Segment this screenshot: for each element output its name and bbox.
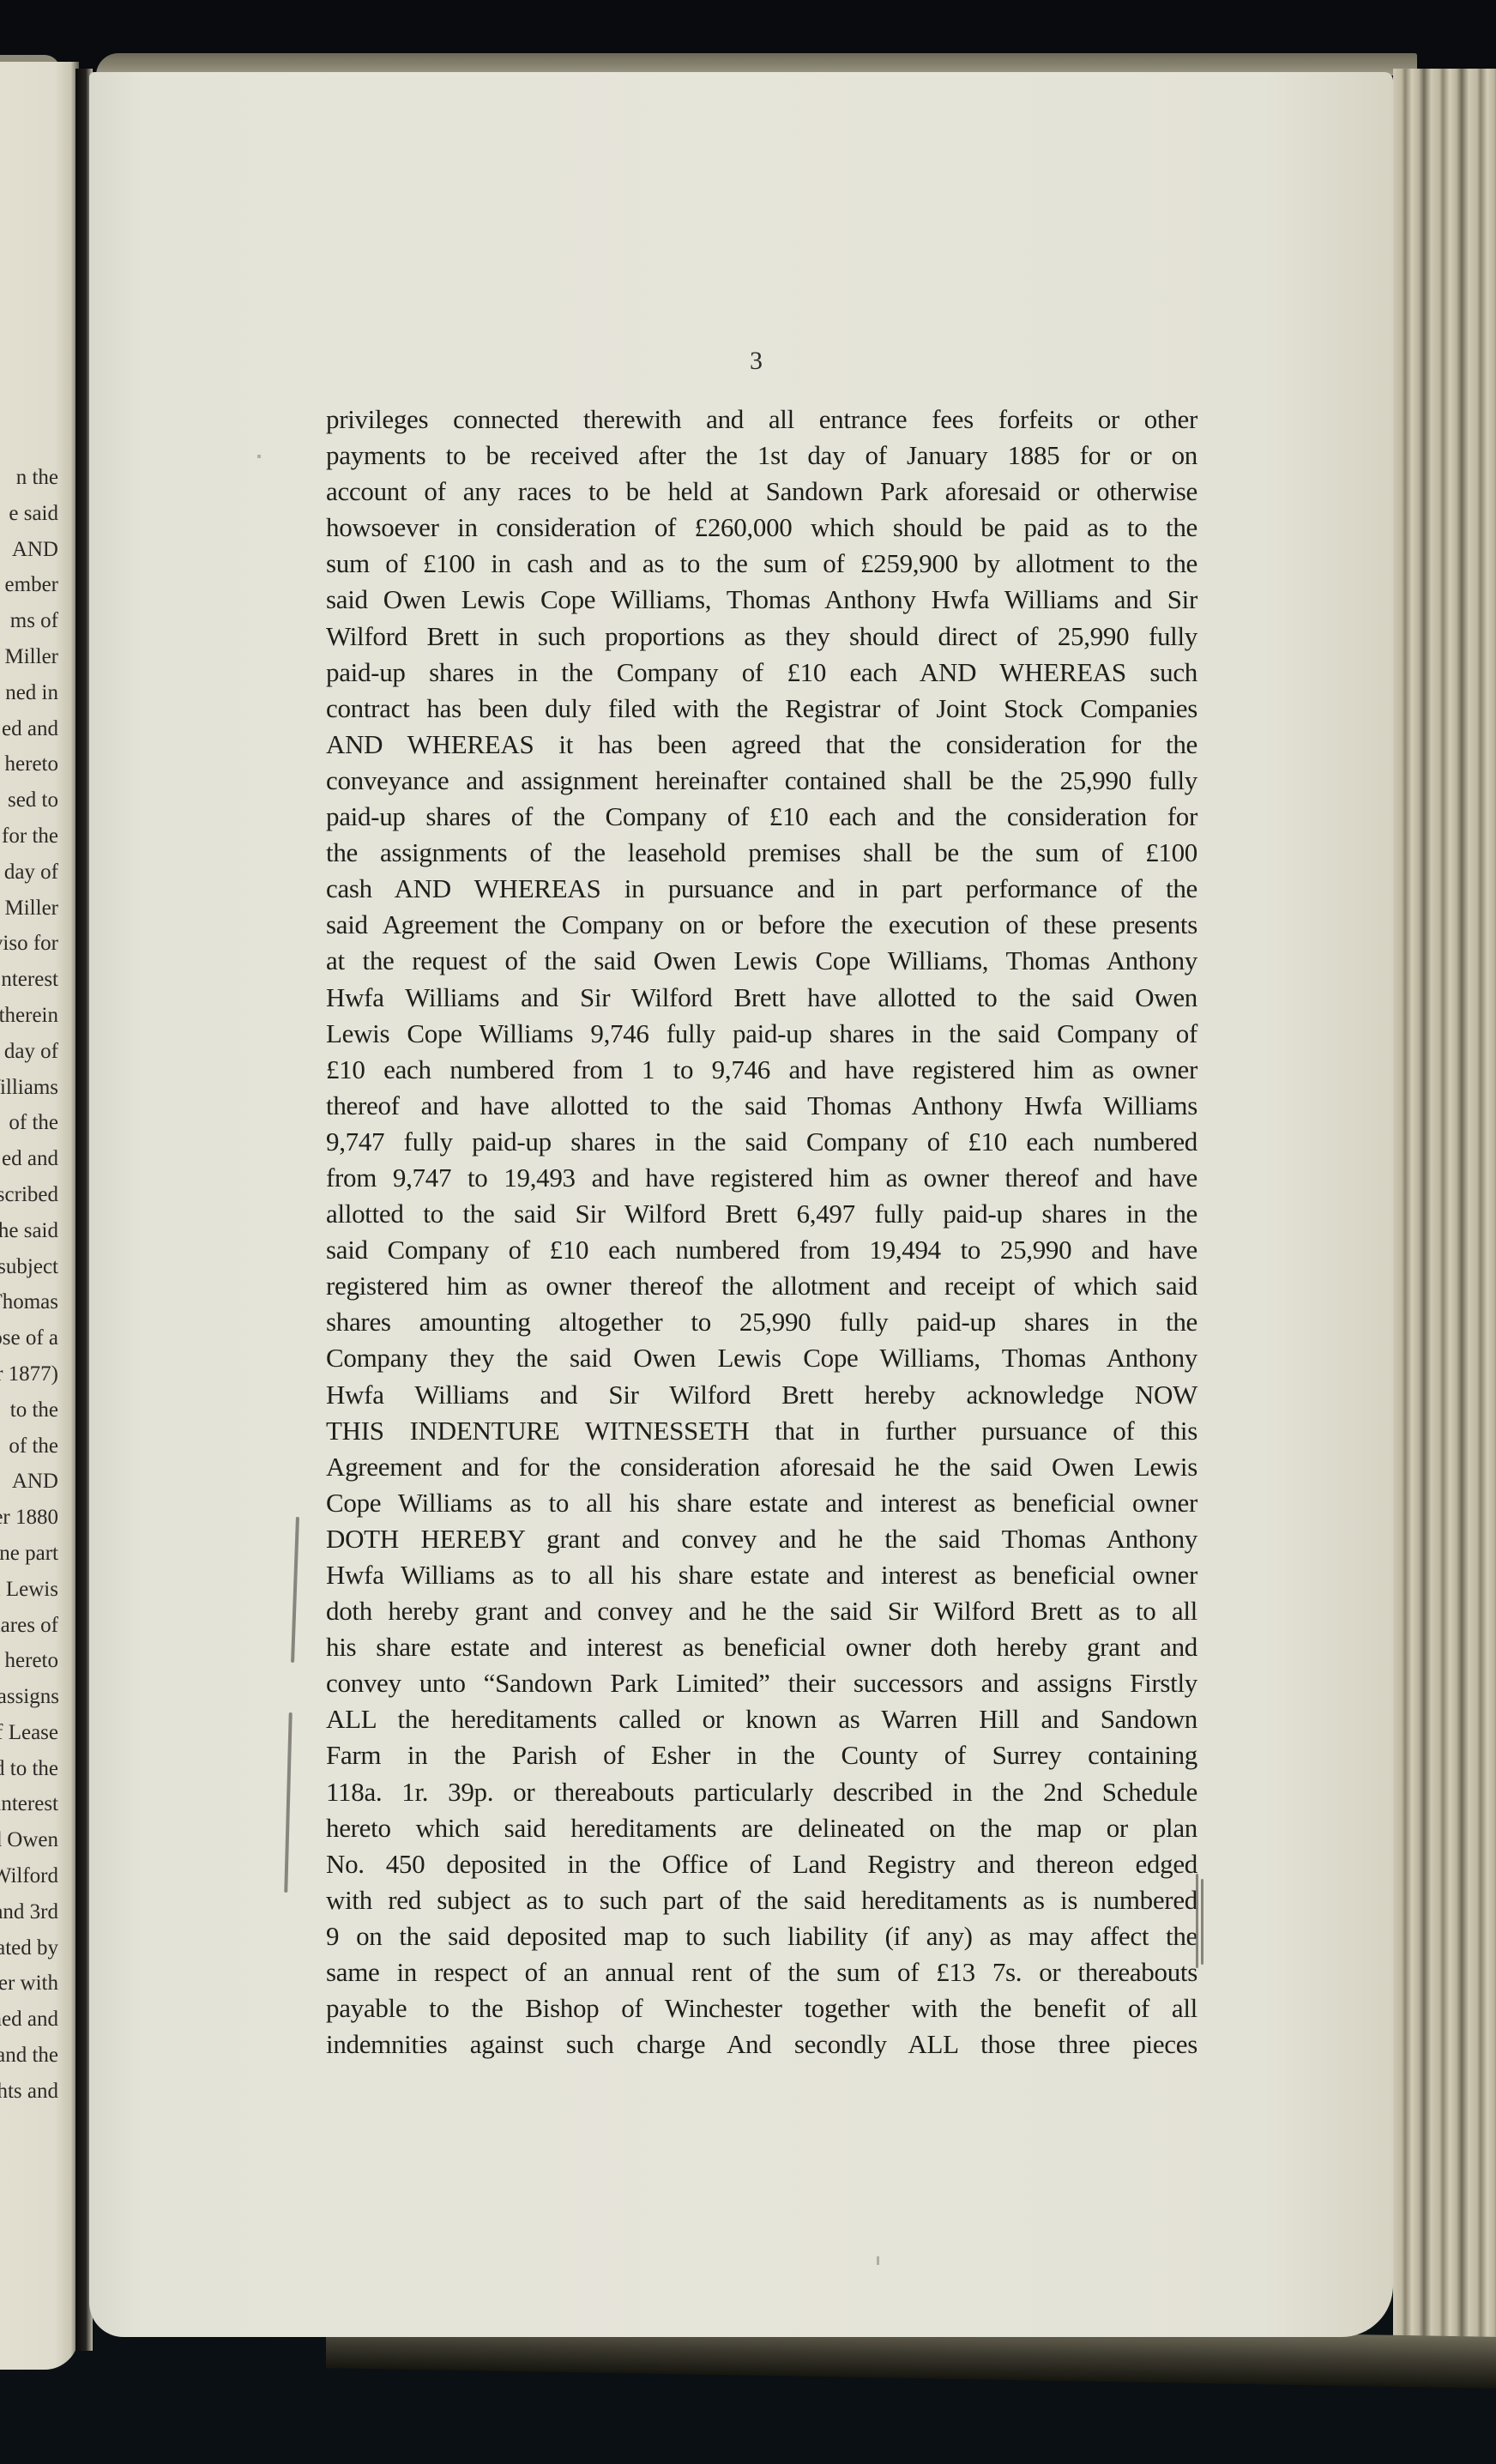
text-line: paid-up shares of the Company of £10 eac…: [326, 799, 1197, 835]
left-page-line-fragment: and the: [0, 2038, 58, 2074]
text-line: indemnities against such charge And seco…: [326, 2026, 1197, 2062]
left-page-line-fragment: Miller: [0, 891, 58, 927]
left-page-line-fragment: ghts and: [0, 2074, 58, 2110]
text-line: Agreement and for the consideration afor…: [326, 1449, 1197, 1485]
text-line: 9,747 fully paid-up shares in the said C…: [326, 1124, 1197, 1160]
text-line: DOTH HEREBY grant and convey and he the …: [326, 1521, 1197, 1557]
text-line: Farm in the Parish of Esher in the Count…: [326, 1737, 1197, 1773]
text-line: thereof and have allotted to the said Th…: [326, 1088, 1197, 1124]
text-line: privileges connected therewith and all e…: [326, 402, 1197, 438]
left-page-line-fragment: viso for: [0, 926, 58, 962]
text-line: THIS INDENTURE WITNESSETH that in furthe…: [326, 1413, 1197, 1449]
text-line: ALL the hereditaments called or known as…: [326, 1701, 1197, 1737]
text-line: from 9,747 to 19,493 and have registered…: [326, 1160, 1197, 1196]
pencil-margin-mark: [1201, 1879, 1203, 1965]
left-page-line-fragment: to the: [0, 1392, 58, 1428]
text-line: howsoever in consideration of £260,000 w…: [326, 510, 1197, 546]
text-line: same in respect of an annual rent of the…: [326, 1954, 1197, 1990]
text-line: said Owen Lewis Cope Williams, Thomas An…: [326, 582, 1197, 618]
left-page-line-fragment: one part: [0, 1536, 58, 1572]
left-page-line-fragment: of Lease: [0, 1715, 58, 1751]
left-page-line-fragment: eated by: [0, 1930, 58, 1966]
text-line: said Agreement the Company on or before …: [326, 907, 1197, 943]
left-page-line-fragment: Wilford: [0, 1858, 58, 1894]
text-line: conveyance and assignment hereinafter co…: [326, 763, 1197, 799]
page-number: 3: [750, 347, 763, 376]
left-page-line-fragment: ms of: [0, 603, 58, 639]
text-line: Hwfa Williams as to all his share estate…: [326, 1557, 1197, 1593]
left-page-line-fragment: for the: [0, 818, 58, 855]
left-page-line-fragment: escribed: [0, 1177, 58, 1213]
text-line: £10 each numbered from 1 to 9,746 and ha…: [326, 1052, 1197, 1088]
text-line: Cope Williams as to all his share estate…: [326, 1485, 1197, 1521]
left-page-line-fragment: interest: [0, 1786, 58, 1822]
paper-fleck: [257, 455, 261, 458]
left-page-line-fragment: nterest: [0, 962, 58, 998]
text-line: payable to the Bishop of Winchester toge…: [326, 1990, 1197, 2026]
left-page-line-fragment: of the: [0, 1428, 58, 1465]
left-page-line-fragment: e said: [0, 496, 58, 532]
left-page-line-fragment: hares of: [0, 1608, 58, 1644]
left-page-line-fragment: AND: [0, 532, 58, 568]
left-page-line-fragment: and 3rd: [0, 1894, 58, 1930]
left-page-line-fragment: Villiams: [0, 1070, 58, 1106]
left-page-line-fragment: day of: [0, 855, 58, 891]
text-line: AND WHEREAS it has been agreed that the …: [326, 727, 1197, 763]
left-page-text: n thee saidANDemberms ofMillerned ined a…: [0, 460, 58, 2110]
left-page-line-fragment: d to the: [0, 1751, 58, 1787]
text-line: cash AND WHEREAS in pursuance and in par…: [326, 871, 1197, 907]
text-line: registered him as owner thereof the allo…: [326, 1268, 1197, 1304]
text-line: Hwfa Williams and Sir Wilford Brett have…: [326, 980, 1197, 1016]
text-line: contract has been duly filed with the Re…: [326, 691, 1197, 727]
text-line: allotted to the said Sir Wilford Brett 6…: [326, 1196, 1197, 1232]
left-page-line-fragment: er 1877): [0, 1356, 58, 1392]
text-line: Wilford Brett in such proportions as the…: [326, 619, 1197, 655]
left-page-line-fragment: rned and: [0, 2002, 58, 2038]
text-line: 9 on the said deposited map to such liab…: [326, 1918, 1197, 1954]
left-page-line-fragment: the said: [0, 1213, 58, 1249]
text-line: the assignments of the leasehold premise…: [326, 835, 1197, 871]
text-line: at the request of the said Owen Lewis Co…: [326, 943, 1197, 979]
text-line: convey unto “Sandown Park Limited” their…: [326, 1665, 1197, 1701]
text-line: account of any races to be held at Sando…: [326, 474, 1197, 510]
left-page-line-fragment: d assigns: [0, 1679, 58, 1715]
text-line: paid-up shares in the Company of £10 eac…: [326, 655, 1197, 691]
left-page-line-fragment: ned in: [0, 675, 58, 711]
left-page-line-fragment: AND: [0, 1464, 58, 1500]
left-page-line-fragment: subject: [0, 1249, 58, 1285]
text-line: hereto which said hereditaments are deli…: [326, 1810, 1197, 1846]
left-page-line-fragment: d Owen: [0, 1822, 58, 1858]
left-page-line-fragment: of the: [0, 1105, 58, 1141]
text-line: payments to be received after the 1st da…: [326, 438, 1197, 474]
text-line: sum of £100 in cash and as to the sum of…: [326, 546, 1197, 582]
text-line: Lewis Cope Williams 9,746 fully paid-up …: [326, 1016, 1197, 1052]
left-page-line-fragment: ed and: [0, 711, 58, 747]
left-page-line-fragment: es hereto: [0, 1643, 58, 1679]
text-line: No. 450 deposited in the Office of Land …: [326, 1846, 1197, 1882]
text-line: Company they the said Owen Lewis Cope Wi…: [326, 1340, 1197, 1376]
left-page-line-fragment: sed to: [0, 782, 58, 818]
left-page-line-fragment: therein: [0, 998, 58, 1034]
paper-fleck: [877, 2256, 879, 2265]
left-page-line-fragment: ose of a: [0, 1320, 58, 1356]
left-page-line-fragment: n Lewis: [0, 1572, 58, 1608]
text-line: shares amounting altogether to 25,990 fu…: [326, 1304, 1197, 1340]
text-line: Hwfa Williams and Sir Wilford Brett here…: [326, 1377, 1197, 1413]
text-line: with red subject as to such part of the …: [326, 1882, 1197, 1918]
left-page-line-fragment: n the: [0, 460, 58, 496]
left-page-line-fragment: Miller: [0, 639, 58, 675]
left-page-line-fragment: Thomas: [0, 1284, 58, 1320]
left-page-line-fragment: day of: [0, 1034, 58, 1070]
page-stack-edges: [1393, 69, 1496, 2385]
document-body: privileges connected therewith and all e…: [326, 402, 1197, 2062]
left-page-line-fragment: ember: [0, 567, 58, 603]
left-page: n thee saidANDemberms ofMillerned ined a…: [0, 62, 79, 2370]
text-line: doth hereby grant and convey and he the …: [326, 1593, 1197, 1629]
left-page-line-fragment: her with: [0, 1966, 58, 2002]
text-line: his share estate and interest as benefic…: [326, 1629, 1197, 1665]
left-page-line-fragment: ed and: [0, 1141, 58, 1177]
pencil-margin-mark: [1196, 1874, 1198, 1968]
left-page-line-fragment: er 1880: [0, 1500, 58, 1536]
text-line: 118a. 1r. 39p. or thereabouts particular…: [326, 1774, 1197, 1810]
text-line: said Company of £10 each numbered from 1…: [326, 1232, 1197, 1268]
left-page-line-fragment: hereto: [0, 746, 58, 782]
